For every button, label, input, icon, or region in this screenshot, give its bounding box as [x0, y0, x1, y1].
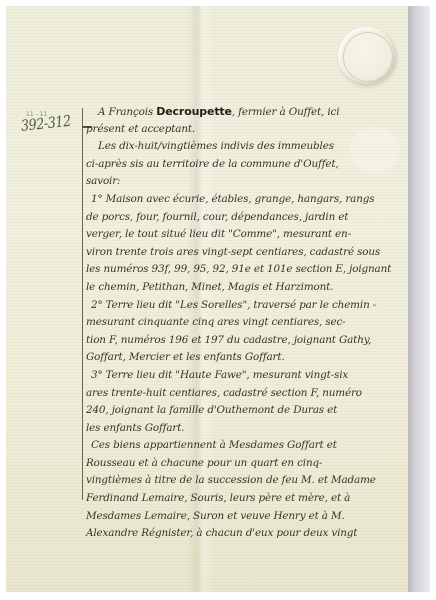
text-line: de porcs, four, fournil, cour, dépendanc…: [86, 209, 404, 227]
line-text: A François: [98, 106, 156, 118]
text-line: A François Decroupette, fermier à Ouffet…: [86, 103, 404, 121]
text-line: Rousseau et à chacune pour un quart en c…: [86, 455, 404, 473]
text-line: 3° Terre lieu dit "Haute Fawe", mesurant…: [86, 367, 404, 385]
text-line: le chemin, Petithan, Minet, Magis et Har…: [86, 279, 404, 297]
text-line: 240, joignant la famille d'Outhemont de …: [86, 402, 404, 420]
text-line: 2° Terre lieu dit "Les Sorelles", traver…: [86, 297, 404, 315]
text-line: Ces biens appartiennent à Mesdames Goffa…: [86, 437, 404, 455]
text-line: verger, le tout situé lieu dit "Comme", …: [86, 226, 404, 244]
text-line: ci-après sis au territoire de la commune…: [86, 156, 404, 174]
text-line: présent et acceptant.: [86, 121, 404, 139]
text-line: Ferdinand Lemaire, Souris, leurs père et…: [86, 490, 404, 508]
text-line: ares trente-huit centiares, cadastré sec…: [86, 385, 404, 403]
seal-ring: [343, 32, 393, 82]
text-line: les numéros 93f, 99, 95, 92, 91e et 101e…: [86, 261, 404, 279]
beneficiary-name: Decroupette: [156, 105, 232, 118]
text-line: 1° Maison avec écurie, étables, grange, …: [86, 191, 404, 209]
text-line: Alexandre Régnister, à chacun d'eux pour…: [86, 525, 404, 543]
text-line: vingtièmes à titre de la succession de f…: [86, 472, 404, 490]
left-margin-rule: [82, 108, 83, 500]
text-line: Goffart, Mercier et les enfants Goffart.: [86, 349, 404, 367]
line-text: , fermier à Ouffet, ici: [232, 106, 340, 118]
text-line: Les dix-huit/vingtièmes indivis des imme…: [86, 138, 404, 156]
text-line: Mesdames Lemaire, Suron et veuve Henry e…: [86, 508, 404, 526]
handwritten-text-block: A François Decroupette, fermier à Ouffet…: [86, 103, 404, 543]
page-edge-shadow: [408, 6, 430, 592]
text-line: savoir:: [86, 173, 404, 191]
text-line: les enfants Goffart.: [86, 420, 404, 438]
text-line: tion F, numéros 196 et 197 du cadastre, …: [86, 332, 404, 350]
text-line: viron trente trois ares vingt-sept centi…: [86, 244, 404, 262]
embossed-seal-icon: [338, 27, 396, 85]
text-line: mesurant cinquante cinq ares vingt centi…: [86, 314, 404, 332]
